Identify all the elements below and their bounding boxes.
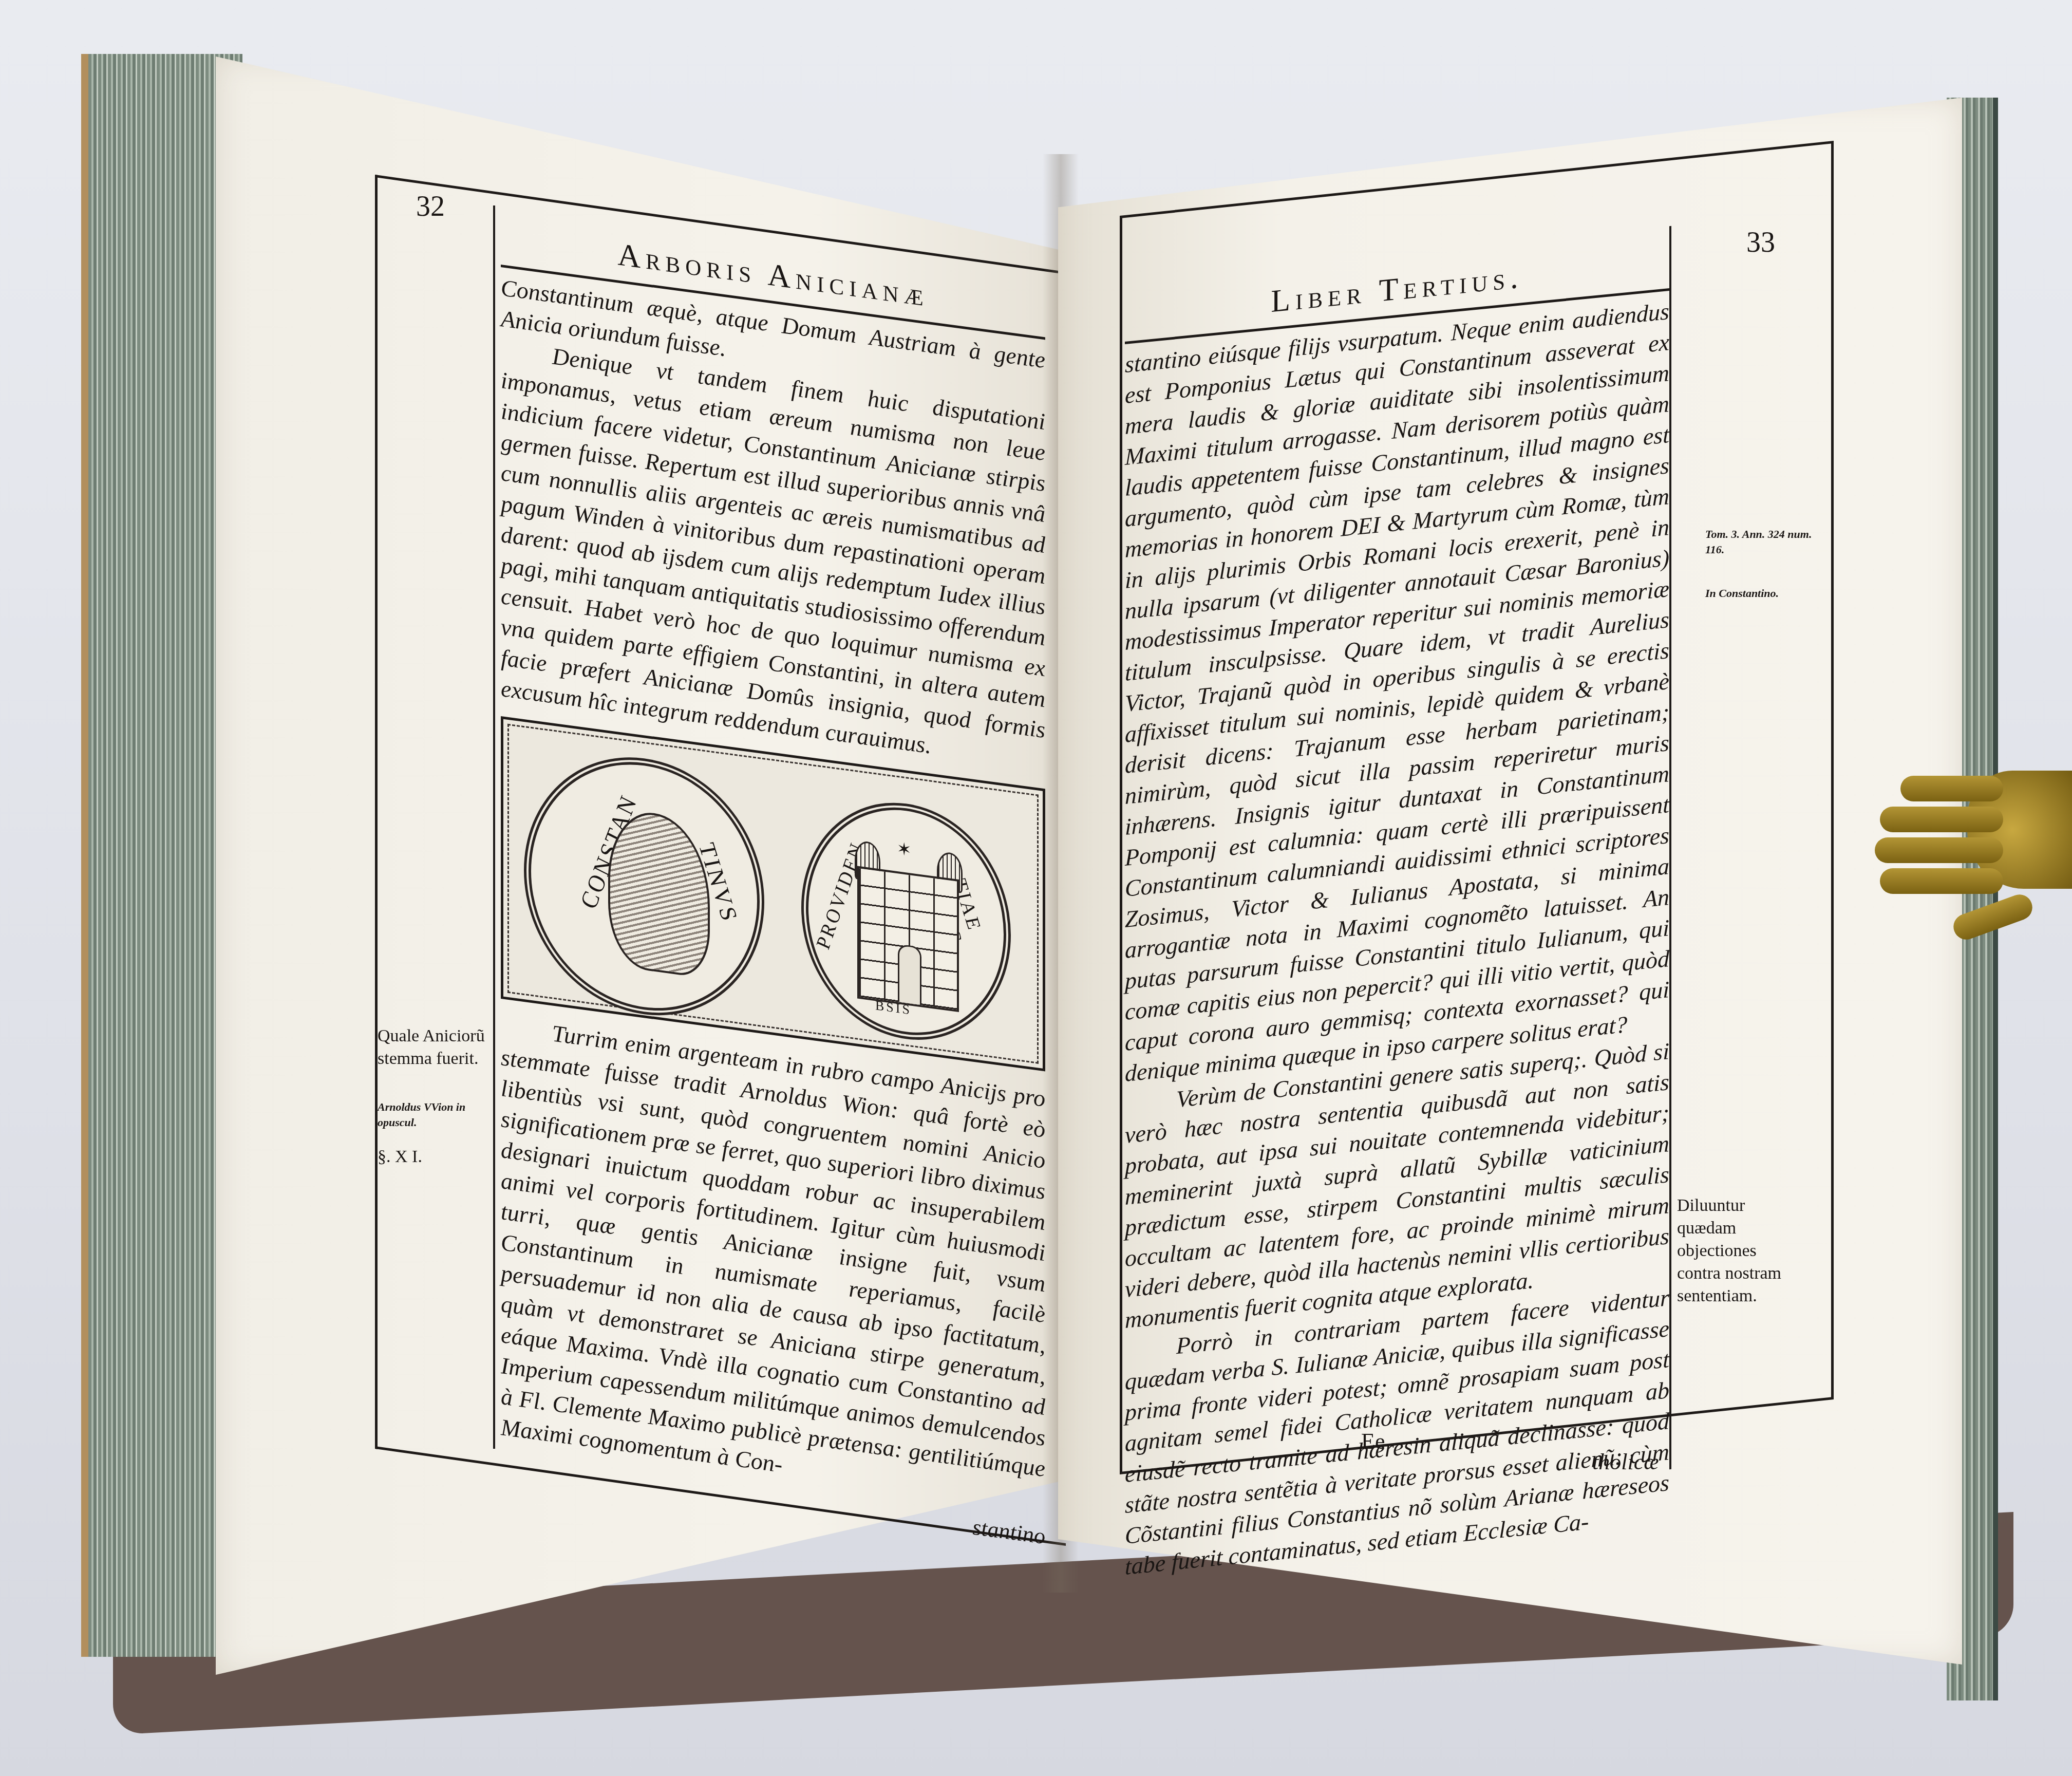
laureate-head-icon [608,807,710,979]
signature-mark: Ee [1361,1428,1385,1454]
hand-finger [1880,807,2003,832]
paragraph: Turrim enim argenteam in rubro campo Ani… [501,1011,1045,1515]
right-margin-note-constantino: In Constantino. [1705,586,1823,601]
hand-finger [1880,868,2003,894]
right-body-text: stantino eiúsque filijs vsurpatum. Neque… [1125,296,1669,1582]
left-body-text: Constantinum æquè, atque Domum Austriam … [501,272,1045,776]
right-margin-note-objections: Diluuntur quædam objectiones contra nost… [1677,1194,1800,1307]
right-margin-rule [1669,226,1671,1469]
hand-finger [1875,837,2003,863]
left-margin-note-stemma: Quale Aniciorũ stemma fuerit. [378,1025,491,1070]
tower-door [898,944,921,1005]
left-page-content: Arboris Anicianæ Constantinum æquè, atqu… [501,211,1045,1549]
brass-hand-page-holder [1875,760,2072,930]
right-page-content: Liber Tertius. stantino eiúsque filijs v… [1125,234,1669,1582]
right-catchword: tholicæ [1592,1449,1659,1475]
paragraph: Denique vt tandem finem huic disputation… [501,334,1045,776]
coin-reverse: PROVIDEN TIAE AVGG ✶ BSIS [801,790,1011,1053]
left-margin-note-section: §. X I. [378,1146,491,1168]
star-icon: ✶ [897,838,912,861]
coin-obverse: CONSTAN TINVS AVG [524,742,764,1030]
left-margin-note-wion: Arnoldus VVion in opuscul. [378,1099,491,1130]
left-body-text-continued: Turrim enim argenteam in rubro campo Ani… [501,1011,1045,1515]
paragraph: stantino eiúsque filijs vsurpatum. Neque… [1125,296,1669,1089]
right-page-number: 33 [1746,226,1775,259]
left-margin-rule [493,205,495,1449]
open-book: 32 Arboris Anicianæ Constantinum æquè, a… [0,0,2072,1776]
left-page-number: 32 [416,190,445,223]
hand-finger [1900,776,2003,801]
coin-engraving: CONSTAN TINVS AVG PROVIDEN TIAE AVGG ✶ B… [501,716,1045,1071]
tower-icon [857,866,959,1012]
right-margin-note-baronius: Tom. 3. Ann. 324 num. 116. [1705,527,1823,557]
